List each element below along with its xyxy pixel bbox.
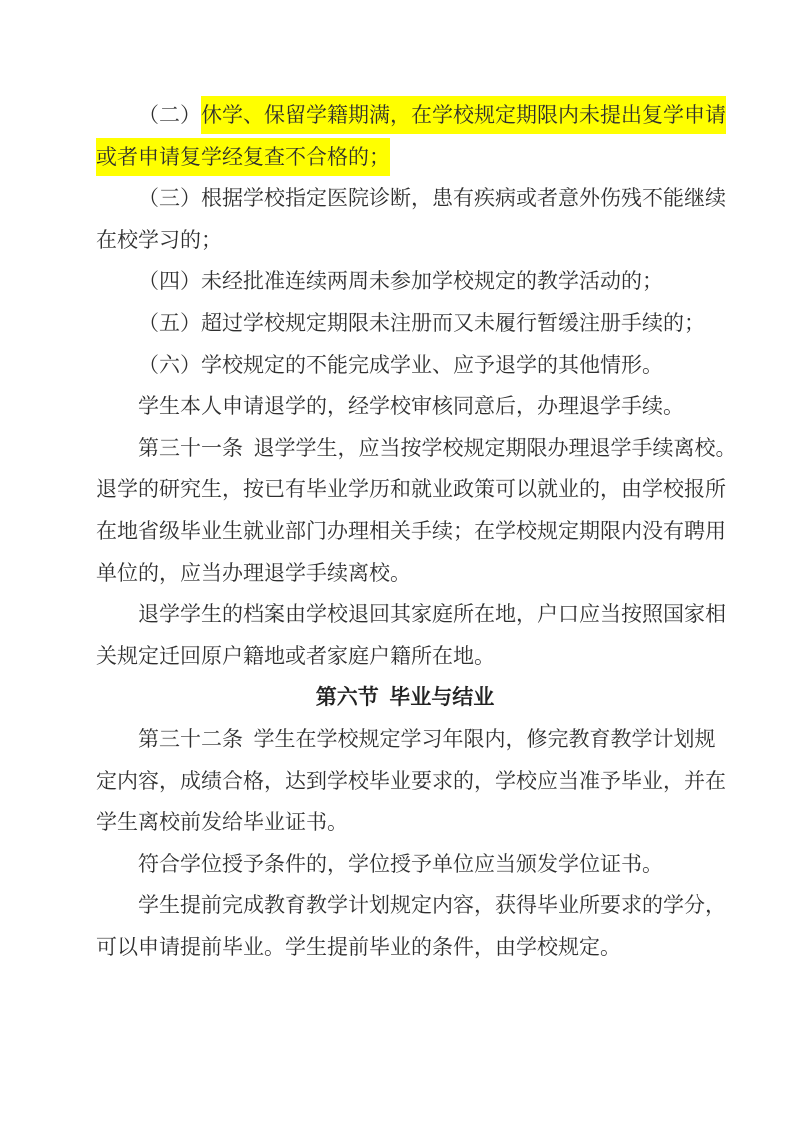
text-line: 退学的研究生，按已有毕业学历和就业政策可以就业的，由学校报所 <box>96 469 714 511</box>
body-text: 学生提前完成教育教学计划规定内容，获得毕业所要求的学分， <box>138 893 726 917</box>
body-text: 退学学生的档案由学校退回其家庭所在地，户口应当按照国家相 <box>138 602 726 626</box>
body-text: 第三十一条 退学学生，应当按学校规定期限办理退学手续离校。 <box>138 436 737 460</box>
text-line: 第三十二条 学生在学校规定学习年限内，修完教育教学计划规 <box>96 719 714 761</box>
body-text: （四）未经批准连续两周未参加学校规定的教学活动的； <box>138 269 663 293</box>
body-text: 学生离校前发给毕业证书。 <box>96 810 348 834</box>
text-line: 学生离校前发给毕业证书。 <box>96 802 714 844</box>
text-line: 学生提前完成教育教学计划规定内容，获得毕业所要求的学分， <box>96 885 714 927</box>
body-text: 符合学位授予条件的，学位授予单位应当颁发学位证书。 <box>138 852 663 876</box>
text-line: （四）未经批准连续两周未参加学校规定的教学活动的； <box>96 261 714 303</box>
text-line: 可以申请提前毕业。学生提前毕业的条件，由学校规定。 <box>96 927 714 969</box>
text-line: （二）休学、保留学籍期满，在学校规定期限内未提出复学申请 <box>96 95 714 137</box>
highlighted-text: 或者申请复学经复查不合格的； <box>96 138 390 176</box>
body-text: 可以申请提前毕业。学生提前毕业的条件，由学校规定。 <box>96 935 621 959</box>
text-line: （三）根据学校指定医院诊断，患有疾病或者意外伤残不能继续 <box>96 178 714 220</box>
text-line: （五）超过学校规定期限未注册而又未履行暂缓注册手续的； <box>96 303 714 345</box>
text-line: 定内容，成绩合格，达到学校毕业要求的，学校应当准予毕业，并在 <box>96 761 714 803</box>
text-line: 符合学位授予条件的，学位授予单位应当颁发学位证书。 <box>96 844 714 886</box>
body-text: 第六节 毕业与结业 <box>316 685 495 709</box>
text-line: 第三十一条 退学学生，应当按学校规定期限办理退学手续离校。 <box>96 428 714 470</box>
body-text: 退学的研究生，按已有毕业学历和就业政策可以就业的，由学校报所 <box>96 477 726 501</box>
body-text: （六）学校规定的不能完成学业、应予退学的其他情形。 <box>138 353 663 377</box>
body-text: （二） <box>138 103 201 127</box>
text-line: （六）学校规定的不能完成学业、应予退学的其他情形。 <box>96 345 714 387</box>
text-line: 在地省级毕业生就业部门办理相关手续；在学校规定期限内没有聘用 <box>96 511 714 553</box>
body-text: 定内容，成绩合格，达到学校毕业要求的，学校应当准予毕业，并在 <box>96 769 726 793</box>
document-text-area: （二）休学、保留学籍期满，在学校规定期限内未提出复学申请或者申请复学经复查不合格… <box>96 95 714 968</box>
text-line: 学生本人申请退学的，经学校审核同意后，办理退学手续。 <box>96 386 714 428</box>
text-line: 关规定迁回原户籍地或者家庭户籍所在地。 <box>96 636 714 678</box>
body-text: （三）根据学校指定医院诊断，患有疾病或者意外伤残不能继续 <box>138 186 726 210</box>
body-text: 单位的，应当办理退学手续离校。 <box>96 561 411 585</box>
text-line: 或者申请复学经复查不合格的； <box>96 137 714 179</box>
body-text: 在地省级毕业生就业部门办理相关手续；在学校规定期限内没有聘用 <box>96 519 726 543</box>
body-text: 关规定迁回原户籍地或者家庭户籍所在地。 <box>96 644 495 668</box>
section-heading: 第六节 毕业与结业 <box>96 677 714 719</box>
body-text: （五）超过学校规定期限未注册而又未履行暂缓注册手续的； <box>138 311 705 335</box>
body-text: 在校学习的； <box>96 228 222 252</box>
document-page: （二）休学、保留学籍期满，在学校规定期限内未提出复学申请或者申请复学经复查不合格… <box>0 0 793 1122</box>
body-text: 第三十二条 学生在学校规定学习年限内，修完教育教学计划规 <box>138 727 716 751</box>
body-text: 学生本人申请退学的，经学校审核同意后，办理退学手续。 <box>138 394 684 418</box>
text-line: 在校学习的； <box>96 220 714 262</box>
highlighted-text: 休学、保留学籍期满，在学校规定期限内未提出复学申请 <box>201 96 726 134</box>
text-line: 退学学生的档案由学校退回其家庭所在地，户口应当按照国家相 <box>96 594 714 636</box>
text-line: 单位的，应当办理退学手续离校。 <box>96 553 714 595</box>
